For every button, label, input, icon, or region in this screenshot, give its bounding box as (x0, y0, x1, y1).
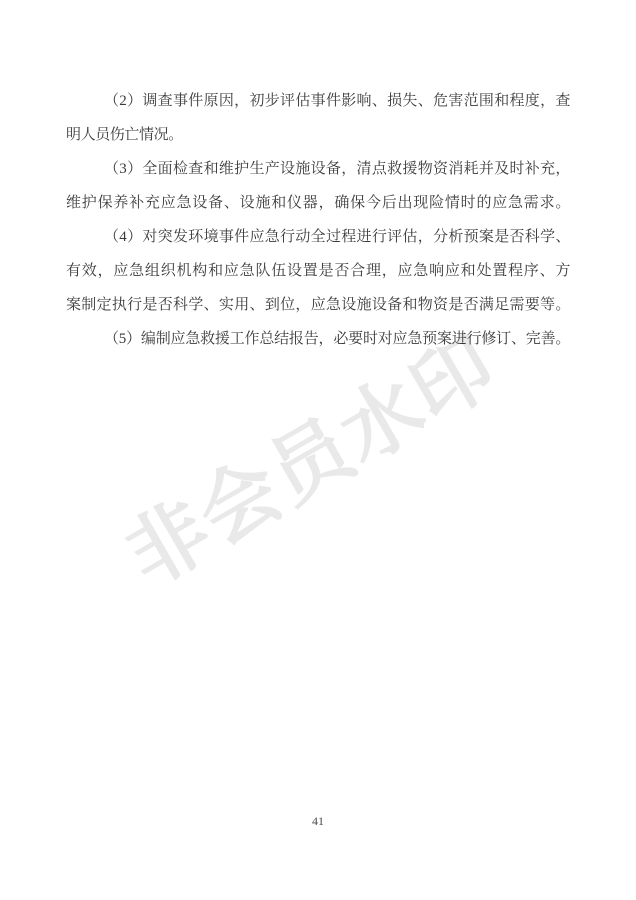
body-line: （5）编制应急救援工作总结报告，必要时对应急预案进行修订、完善。 (66, 322, 570, 356)
body-line: （2）调查事件原因，初步评估事件影响、损失、危害范围和程度，查 (66, 84, 570, 118)
paragraph-4: （4）对突发环境事件应急行动全过程进行评估，分析预案是否科学、 有效，应急组织机… (66, 220, 570, 322)
body-line: （3）全面检查和维护生产设施设备，清点救援物资消耗并及时补充， (66, 152, 570, 186)
body-line: 明人员伤亡情况。 (66, 118, 570, 152)
body-line: 有效，应急组织机构和应急队伍设置是否合理，应急响应和处置程序、方 (66, 254, 570, 288)
page-number: 41 (0, 814, 636, 829)
body-line: 案制定执行是否科学、实用、到位，应急设施设备和物资是否满足需要等。 (66, 288, 570, 322)
paragraph-2: （2）调查事件原因，初步评估事件影响、损失、危害范围和程度，查 明人员伤亡情况。 (66, 84, 570, 152)
body-line: 维护保养补充应急设备、设施和仪器，确保今后出现险情时的应急需求。 (66, 186, 570, 220)
paragraph-5: （5）编制应急救援工作总结报告，必要时对应急预案进行修订、完善。 (66, 322, 570, 356)
paragraph-3: （3）全面检查和维护生产设施设备，清点救援物资消耗并及时补充， 维护保养补充应急… (66, 152, 570, 220)
body-line: （4）对突发环境事件应急行动全过程进行评估，分析预案是否科学、 (66, 220, 570, 254)
document-page: 非会员水印 （2）调查事件原因，初步评估事件影响、损失、危害范围和程度，查 明人… (0, 0, 636, 900)
document-body: （2）调查事件原因，初步评估事件影响、损失、危害范围和程度，查 明人员伤亡情况。… (66, 84, 570, 356)
